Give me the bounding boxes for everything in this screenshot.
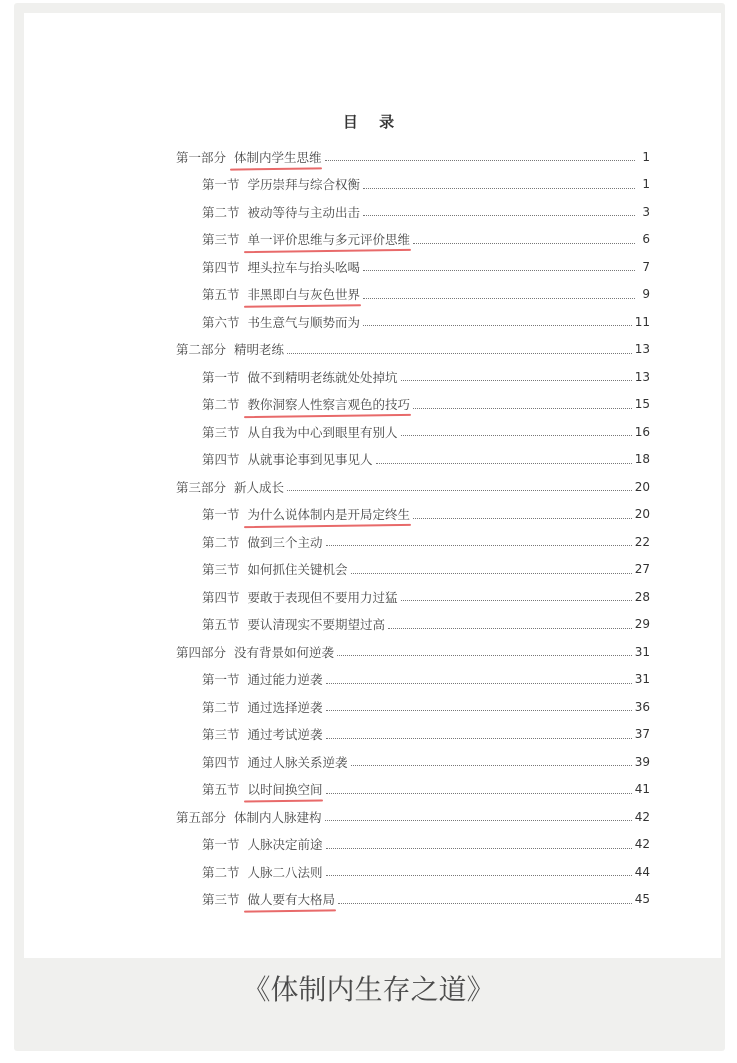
entry-number: 第五节 [202,285,240,303]
entry-title: 学历崇拜与综合权衡 [248,175,361,193]
entry-title: 要认清现实不要期望过高 [248,615,386,633]
entry-page-number: 6 [638,232,650,246]
entry-title: 人脉二八法则 [248,863,323,881]
dot-leader [337,655,632,656]
entry-number: 第四节 [202,258,240,276]
entry-page-number: 42 [635,837,650,851]
entry-title: 精明老练 [234,340,284,358]
entry-number: 第五节 [202,780,240,798]
entry-number: 第三节 [202,423,240,441]
dot-leader [325,160,635,161]
dot-leader [351,573,632,574]
dot-leader [287,353,632,354]
dot-leader [363,270,635,271]
dot-leader [388,628,632,629]
entry-number: 第二节 [202,203,240,221]
entry-number: 第三节 [202,890,240,908]
entry-number: 第四节 [202,450,240,468]
entry-number: 第一节 [202,835,240,853]
entry-page-number: 36 [635,700,650,714]
dot-leader [413,408,632,409]
entry-title: 新人成长 [234,478,284,496]
toc-section-entry[interactable]: 第二节通过选择逆袭36 [176,693,650,721]
toc-section-entry[interactable]: 第五节要认清现实不要期望过高29 [176,611,650,639]
toc-section-entry[interactable]: 第二节做到三个主动22 [176,528,650,556]
red-underline-mark [244,910,336,913]
dot-leader [413,243,635,244]
entry-page-number: 41 [635,782,650,796]
entry-title: 做不到精明老练就处处掉坑 [248,368,398,386]
entry-number: 第一部分 [176,148,226,166]
entry-page-number: 13 [635,370,650,384]
toc-section-entry[interactable]: 第二节被动等待与主动出击3 [176,198,650,226]
toc-section-entry[interactable]: 第三节如何抓住关键机会27 [176,556,650,584]
toc-section-entry[interactable]: 第三节做人要有大格局45 [176,886,650,914]
document-page: 目 录 第一部分体制内学生思维1第一节学历崇拜与综合权衡1第二节被动等待与主动出… [24,13,721,958]
entry-title: 从自我为中心到眼里有别人 [248,423,398,441]
entry-title: 埋头拉车与抬头吆喝 [248,258,361,276]
entry-number: 第五节 [202,615,240,633]
entry-number: 第三部分 [176,478,226,496]
entry-number: 第五部分 [176,808,226,826]
entry-page-number: 31 [635,672,650,686]
dot-leader [326,683,632,684]
entry-title: 体制内学生思维 [234,148,322,166]
toc-section-entry[interactable]: 第一节人脉决定前途42 [176,831,650,859]
toc-part-entry[interactable]: 第一部分体制内学生思维1 [176,143,650,171]
toc-heading: 目 录 [24,111,721,132]
dot-leader [326,848,632,849]
toc-section-entry[interactable]: 第四节埋头拉车与抬头吆喝7 [176,253,650,281]
entry-title: 通过人脉关系逆袭 [248,753,348,771]
entry-title: 没有背景如何逆袭 [234,643,334,661]
entry-number: 第三节 [202,725,240,743]
entry-page-number: 1 [638,177,650,191]
toc-section-entry[interactable]: 第五节非黑即白与灰色世界9 [176,281,650,309]
dot-leader [363,215,635,216]
entry-title: 通过能力逆袭 [248,670,323,688]
entry-page-number: 31 [635,645,650,659]
toc-section-entry[interactable]: 第一节通过能力逆袭31 [176,666,650,694]
entry-page-number: 29 [635,617,650,631]
dot-leader [326,545,632,546]
entry-page-number: 18 [635,452,650,466]
entry-page-number: 20 [635,480,650,494]
entry-number: 第一节 [202,670,240,688]
entry-title: 非黑即白与灰色世界 [248,285,361,303]
dot-leader [326,738,632,739]
entry-page-number: 37 [635,727,650,741]
toc-section-entry[interactable]: 第三节单一评价思维与多元评价思维6 [176,226,650,254]
toc-section-entry[interactable]: 第四节从就事论事到见事见人18 [176,446,650,474]
entry-number: 第三节 [202,560,240,578]
dot-leader [413,518,632,519]
entry-title: 人脉决定前途 [248,835,323,853]
book-title-caption: 《体制内生存之道》 [0,968,737,1008]
entry-number: 第四节 [202,588,240,606]
toc-part-entry[interactable]: 第三部分新人成长20 [176,473,650,501]
toc-section-entry[interactable]: 第二节教你洞察人性察言观色的技巧15 [176,391,650,419]
entry-page-number: 7 [638,260,650,274]
entry-number: 第三节 [202,230,240,248]
entry-number: 第四节 [202,753,240,771]
entry-page-number: 11 [635,315,650,329]
entry-page-number: 45 [635,892,650,906]
entry-title: 做到三个主动 [248,533,323,551]
dot-leader [326,710,632,711]
dot-leader [287,490,632,491]
dot-leader [338,903,632,904]
entry-page-number: 20 [635,507,650,521]
dot-leader [351,765,632,766]
toc-part-entry[interactable]: 第五部分体制内人脉建构42 [176,803,650,831]
entry-title: 以时间换空间 [248,780,323,798]
entry-title: 为什么说体制内是开局定终生 [248,505,411,523]
entry-page-number: 1 [638,150,650,164]
table-of-contents: 第一部分体制内学生思维1第一节学历崇拜与综合权衡1第二节被动等待与主动出击3第三… [176,143,650,913]
entry-title: 从就事论事到见事见人 [248,450,373,468]
entry-title: 通过考试逆袭 [248,725,323,743]
entry-page-number: 16 [635,425,650,439]
entry-number: 第二节 [202,395,240,413]
toc-section-entry[interactable]: 第一节为什么说体制内是开局定终生20 [176,501,650,529]
entry-title: 要敢于表现但不要用力过猛 [248,588,398,606]
toc-section-entry[interactable]: 第三节从自我为中心到眼里有别人16 [176,418,650,446]
dot-leader [363,298,635,299]
toc-part-entry[interactable]: 第二部分精明老练13 [176,336,650,364]
entry-number: 第二节 [202,698,240,716]
dot-leader [326,793,632,794]
dot-leader [326,875,632,876]
dot-leader [363,325,632,326]
toc-section-entry[interactable]: 第二节人脉二八法则44 [176,858,650,886]
entry-number: 第一节 [202,368,240,386]
entry-number: 第二节 [202,863,240,881]
dot-leader [401,600,632,601]
toc-section-entry[interactable]: 第五节以时间换空间41 [176,776,650,804]
dot-leader [376,463,632,464]
entry-page-number: 9 [638,287,650,301]
entry-number: 第一节 [202,175,240,193]
toc-part-entry[interactable]: 第四部分没有背景如何逆袭31 [176,638,650,666]
entry-page-number: 13 [635,342,650,356]
entry-title: 被动等待与主动出击 [248,203,361,221]
entry-title: 教你洞察人性察言观色的技巧 [248,395,411,413]
toc-section-entry[interactable]: 第四节通过人脉关系逆袭39 [176,748,650,776]
entry-page-number: 44 [635,865,650,879]
dot-leader [363,188,635,189]
entry-number: 第二部分 [176,340,226,358]
entry-title: 体制内人脉建构 [234,808,322,826]
entry-page-number: 22 [635,535,650,549]
entry-title: 做人要有大格局 [248,890,336,908]
toc-section-entry[interactable]: 第一节学历崇拜与综合权衡1 [176,171,650,199]
entry-page-number: 39 [635,755,650,769]
toc-section-entry[interactable]: 第一节做不到精明老练就处处掉坑13 [176,363,650,391]
entry-number: 第一节 [202,505,240,523]
entry-number: 第四部分 [176,643,226,661]
toc-section-entry[interactable]: 第六节书生意气与顺势而为11 [176,308,650,336]
entry-title: 如何抓住关键机会 [248,560,348,578]
entry-page-number: 15 [635,397,650,411]
entry-number: 第六节 [202,313,240,331]
toc-section-entry[interactable]: 第四节要敢于表现但不要用力过猛28 [176,583,650,611]
entry-page-number: 3 [638,205,650,219]
toc-section-entry[interactable]: 第三节通过考试逆袭37 [176,721,650,749]
dot-leader [401,435,632,436]
entry-title: 单一评价思维与多元评价思维 [248,230,411,248]
entry-page-number: 28 [635,590,650,604]
dot-leader [401,380,632,381]
dot-leader [325,820,632,821]
entry-page-number: 42 [635,810,650,824]
entry-page-number: 27 [635,562,650,576]
entry-title: 通过选择逆袭 [248,698,323,716]
entry-title: 书生意气与顺势而为 [248,313,361,331]
entry-number: 第二节 [202,533,240,551]
